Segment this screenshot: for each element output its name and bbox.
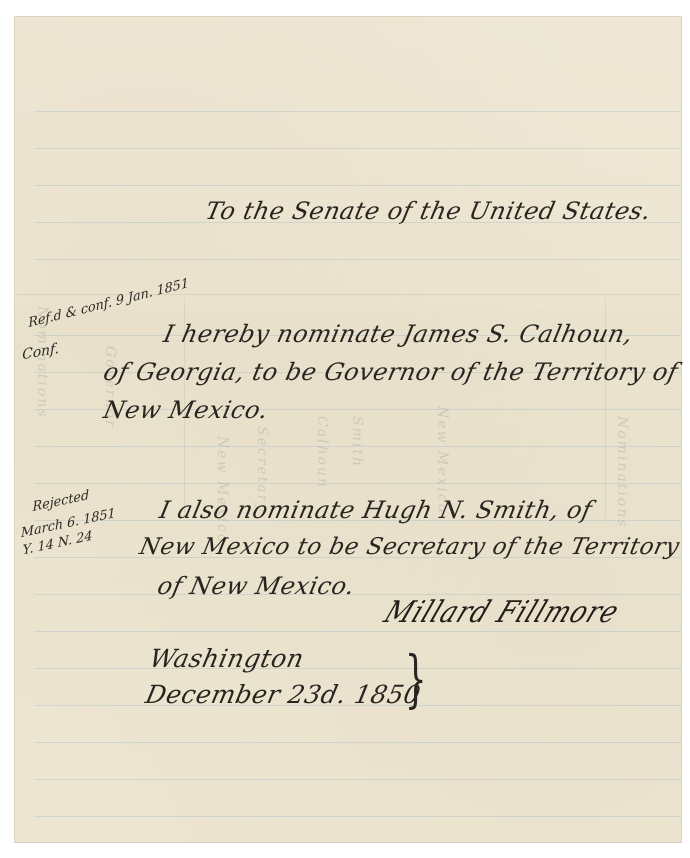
signature: Millard Fillmore: [379, 596, 624, 631]
ruled-line: [34, 816, 682, 817]
ruled-line: [34, 185, 682, 186]
nomination-calhoun-line-1: I hereby nominate James S. Calhoun,: [161, 320, 636, 348]
bleed-through-text: Smith: [349, 416, 365, 468]
ruled-line: [34, 259, 682, 260]
bleed-through-text: Calhoun: [314, 416, 330, 489]
ruled-line: [34, 668, 682, 669]
nomination-calhoun-line-2: of Georgia, to be Governor of the Territ…: [101, 358, 681, 386]
bleed-through-text: Nominations: [614, 416, 630, 529]
place: Washington: [147, 644, 307, 673]
ruled-line: [34, 779, 682, 780]
salutation: To the Senate of the United States.: [203, 197, 654, 225]
date: December 23d. 1850: [143, 680, 424, 709]
ruled-line: [34, 148, 682, 149]
nomination-smith-line-1: I also nominate Hugh N. Smith, of: [157, 496, 595, 524]
ruled-line: [34, 631, 682, 632]
ruled-line: [34, 742, 682, 743]
nomination-smith-line-2: New Mexico to be Secretary of the Territ…: [137, 534, 682, 560]
nomination-calhoun-line-3: New Mexico.: [101, 396, 271, 424]
nomination-smith-line-3: of New Mexico.: [155, 572, 357, 600]
bleed-through-text: New Mexico: [214, 436, 230, 544]
document-page: Nominations Governor New Mexico Secretar…: [14, 16, 682, 843]
ruled-line: [34, 111, 682, 112]
brace-mark: }: [405, 648, 427, 710]
